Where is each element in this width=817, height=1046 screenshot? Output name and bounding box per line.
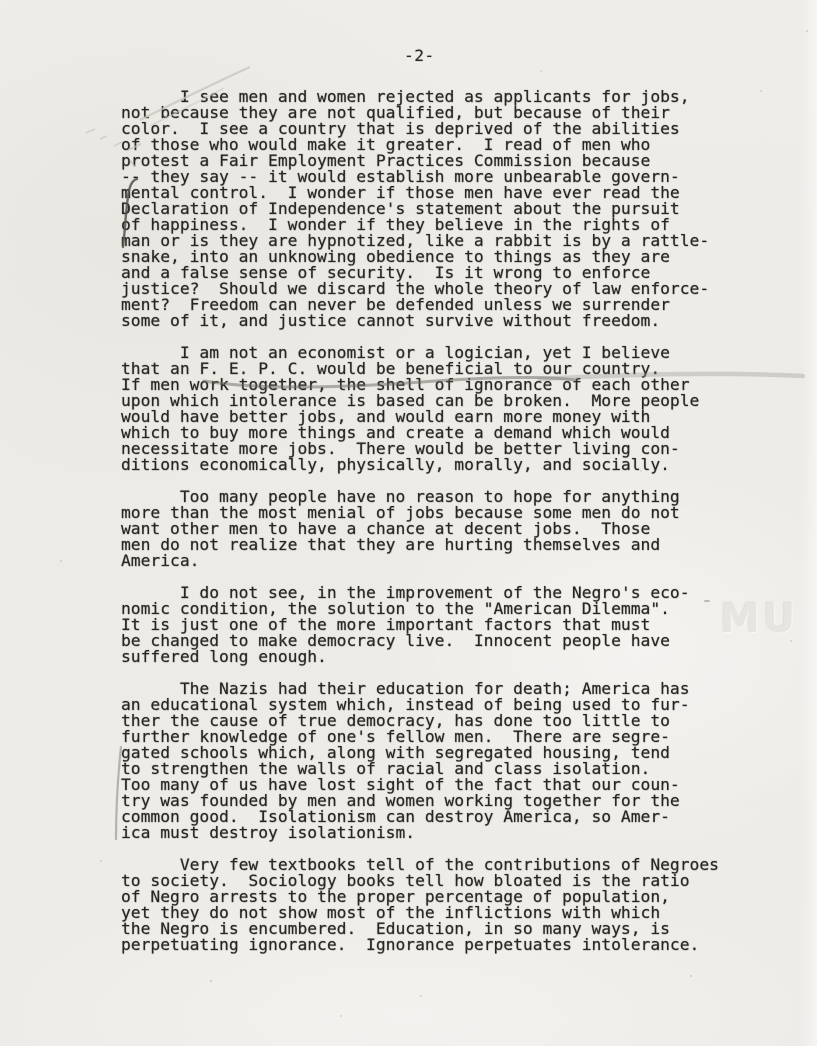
typed-paragraph-3: Too many people have no reason to hope f…	[121, 489, 781, 569]
document-page: MU -2- I see men and women rejected as a…	[0, 0, 817, 1046]
typed-paragraph-1: I see men and women rejected as applican…	[121, 89, 781, 329]
typed-text-block: I see men and women rejected as applican…	[121, 89, 781, 953]
typed-paragraph-5: The Nazis had their education for death;…	[121, 681, 781, 841]
typed-paragraph-2: I am not an economist or a logician, yet…	[121, 345, 781, 473]
typed-paragraph-6: Very few textbooks tell of the contribut…	[121, 857, 781, 953]
page-edge-highlight	[801, 0, 817, 1046]
paper-speck	[704, 600, 710, 602]
typed-paragraph-4: I do not see, in the improvement of the …	[121, 585, 781, 665]
page-number: -2-	[404, 46, 435, 65]
paper-dust-specks	[0, 0, 2, 2]
